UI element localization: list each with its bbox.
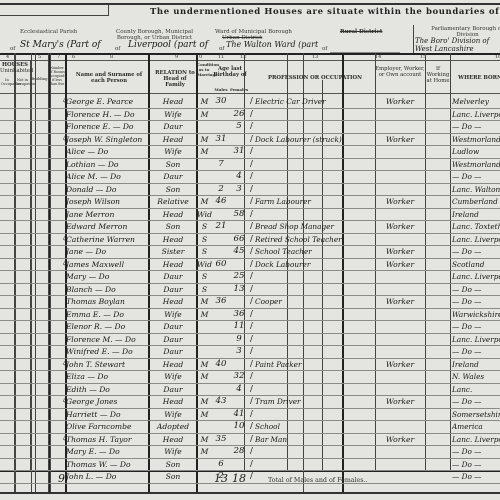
female-age: 5 — [230, 120, 248, 133]
birthplace: Lanc. Walton — [452, 183, 500, 196]
marital-condition: M — [197, 145, 212, 158]
marital-condition — [197, 458, 212, 471]
employment-status: Worker — [376, 245, 424, 258]
relation: Wife — [150, 445, 196, 458]
table-row: 4Catherine WarrenHeadS66Retired School T… — [0, 233, 500, 246]
employment-status — [376, 345, 424, 358]
birthplace: — Do — — [452, 170, 500, 183]
table-row: Alice M. — DoDaur4— Do —/ — [0, 170, 500, 183]
female-age — [230, 395, 248, 408]
relation: Head — [150, 295, 196, 308]
occupation — [255, 145, 373, 158]
occupation: Tram Driver — [255, 395, 373, 408]
employment-status: Worker — [376, 358, 424, 371]
table-row: Eliza — DoWifeM32N. Wales/ — [0, 370, 500, 383]
occupation — [255, 408, 373, 421]
occupation: Farm Labourer — [255, 195, 373, 208]
tick-mark: / — [250, 445, 255, 458]
employment-status — [376, 108, 424, 121]
working-home-heading: If Working at Home — [426, 66, 450, 84]
employment-status — [376, 370, 424, 383]
occupation-heading: PROFESSION OR OCCUPATION — [260, 75, 370, 81]
col-num-13: 13 — [312, 54, 318, 60]
person-name: Harriett — Do — [66, 408, 148, 421]
col-num-14: 14 — [375, 54, 381, 60]
marital-condition: S — [197, 220, 212, 233]
person-name: Thomas H. Tayor — [66, 433, 148, 446]
tick-mark: / — [250, 208, 255, 221]
male-age — [212, 270, 230, 283]
marital-condition — [197, 183, 212, 196]
marital-condition — [197, 333, 212, 346]
employment-status: Worker — [376, 433, 424, 446]
male-age — [212, 320, 230, 333]
person-name: George E. Pearce — [66, 95, 148, 108]
birthplace: Lanc. Liverpool — [452, 270, 500, 283]
relation: Son — [150, 470, 196, 483]
building-heading: Building — [31, 76, 48, 82]
male-age — [212, 383, 230, 396]
person-name: Eliza — Do — [66, 370, 148, 383]
male-age: 31 — [212, 133, 230, 146]
employment-status — [376, 383, 424, 396]
tick-mark: / — [250, 370, 255, 383]
occupation — [255, 383, 373, 396]
occupation: School — [255, 420, 373, 433]
person-name: Emma E. — Do — [66, 308, 148, 321]
male-age — [212, 333, 230, 346]
male-age: 30 — [212, 95, 230, 108]
employment-status — [376, 333, 424, 346]
female-age: 31 — [230, 145, 248, 158]
birthplace: — Do — — [452, 120, 500, 133]
person-name: Joseph Wilson — [66, 195, 148, 208]
tick-mark: / — [250, 333, 255, 346]
female-age: 45 — [230, 245, 248, 258]
male-age: 35 — [212, 433, 230, 446]
ward-prefix: of — [219, 46, 224, 52]
females-heading: Females — [230, 87, 248, 93]
condition-heading: Condition as to Marriage — [197, 62, 211, 77]
tick-mark: / — [250, 120, 255, 133]
marital-condition: M — [197, 358, 212, 371]
person-name: Jane — Do — [66, 245, 148, 258]
tick-mark: / — [250, 133, 255, 146]
col-num-4: 4 — [6, 54, 9, 60]
tick-mark: / — [250, 183, 255, 196]
marital-condition — [197, 420, 212, 433]
table-row: 4James MaxwellHeadWid60Dock LabourerWork… — [0, 258, 500, 271]
female-age — [230, 158, 248, 171]
tick-mark: / — [250, 395, 255, 408]
table-row: Harriett — DoWifeM41Somersetshire/ — [0, 408, 500, 421]
male-age: 2 — [212, 183, 230, 196]
person-name: Mary E. — Do — [66, 445, 148, 458]
employment-status — [376, 183, 424, 196]
person-name: Mary — Do — [66, 270, 148, 283]
relation: Daur — [150, 320, 196, 333]
birthplace: Lanc. Liverpool — [452, 108, 500, 121]
table-row: Joseph WilsonRelativeM46Farm LabourerWor… — [0, 195, 500, 208]
person-name: Thomas Boylan — [66, 295, 148, 308]
occupation: Bread Shop Manager — [255, 220, 373, 233]
person-name: Thomas W. — Do — [66, 458, 148, 471]
male-age — [212, 420, 230, 433]
female-age — [230, 95, 248, 108]
birthplace: — Do — — [452, 458, 500, 471]
ward-value: The Walton Ward (part — [226, 40, 318, 49]
marital-condition — [197, 345, 212, 358]
tick-mark: / — [250, 295, 255, 308]
male-age: 46 — [212, 195, 230, 208]
male-age — [212, 245, 230, 258]
marital-condition: M — [197, 95, 212, 108]
occupation: School Teacher — [255, 245, 373, 258]
relation: Wife — [150, 108, 196, 121]
person-name: Edith — Do — [66, 383, 148, 396]
table-row: Thomas W. — DoSon6— Do —/ — [0, 458, 500, 471]
person-name: Donald — Do — [66, 183, 148, 196]
female-age — [230, 358, 248, 371]
person-name: John T. Stewart — [66, 358, 148, 371]
tick-mark: / — [250, 320, 255, 333]
male-age: 43 — [212, 395, 230, 408]
table-row: Mary E. — DoWifeM28— Do —/ — [0, 445, 500, 458]
county-borough-value: Liverpool (part of — [128, 40, 208, 50]
marital-condition — [197, 120, 212, 133]
employment-status: Worker — [376, 258, 424, 271]
relation: Head — [150, 233, 196, 246]
person-name: Catherine Warren — [66, 233, 148, 246]
male-age — [212, 145, 230, 158]
male-age — [212, 208, 230, 221]
marital-condition: M — [197, 108, 212, 121]
marital-condition: M — [197, 295, 212, 308]
ecclesiastical-parish-value: St Mary's (Part of — [20, 40, 101, 50]
person-name: Edward Merron — [66, 220, 148, 233]
county-borough-prefix: of — [115, 46, 120, 52]
relation: Head — [150, 395, 196, 408]
relation: Head — [150, 258, 196, 271]
table-row: 4George E. PearceHeadM30Electric Car Dri… — [0, 95, 500, 108]
relation: Son — [150, 158, 196, 171]
male-age: 60 — [212, 258, 230, 271]
male-age — [212, 370, 230, 383]
table-row: John L. — DoSon2— Do —/ — [0, 470, 500, 483]
table-row: Emma E. — DoWifeM36Warwickshire/ — [0, 308, 500, 321]
occupation — [255, 158, 373, 171]
marital-condition — [197, 158, 212, 171]
bottom-rule — [0, 492, 500, 494]
male-age — [212, 283, 230, 296]
female-age: 25 — [230, 270, 248, 283]
birthplace: N. Wales — [452, 370, 500, 383]
birthplace: — Do — — [452, 295, 500, 308]
occupation — [255, 345, 373, 358]
female-age: 11 — [230, 320, 248, 333]
employment-status — [376, 170, 424, 183]
table-row: Blanch — DoDaurS13— Do —/ — [0, 283, 500, 296]
employment-status — [376, 270, 424, 283]
female-age — [230, 295, 248, 308]
female-age: 28 — [230, 445, 248, 458]
person-name: Alice — Do — [66, 145, 148, 158]
birthplace: — Do — — [452, 445, 500, 458]
occupation — [255, 308, 373, 321]
table-row: 4Joseph W. SingletonHeadM31Dock Labourer… — [0, 133, 500, 146]
table-row: Mary — DoDaurS25Lanc. Liverpool/ — [0, 270, 500, 283]
page-title: The undermentioned Houses are situate wi… — [150, 7, 500, 17]
relation: Head — [150, 133, 196, 146]
marital-condition: M — [197, 308, 212, 321]
occupation: Bar Man — [255, 433, 373, 446]
relation: Son — [150, 183, 196, 196]
tick-mark: / — [250, 220, 255, 233]
employment-status: Worker — [376, 133, 424, 146]
male-age — [212, 345, 230, 358]
col-num-10: 10 — [196, 54, 202, 60]
person-name: Olive Farncombe — [66, 420, 148, 433]
person-name: Alice M. — Do — [66, 170, 148, 183]
tick-mark: / — [250, 283, 255, 296]
male-age — [212, 445, 230, 458]
birthplace: Ludlow — [452, 145, 500, 158]
relation: Wife — [150, 145, 196, 158]
relation: Wife — [150, 308, 196, 321]
col-num-11: 11 — [218, 54, 224, 60]
in-occupation-heading: In Occupation — [1, 78, 13, 86]
employment-status — [376, 158, 424, 171]
table-row: Florence H. — DoWifeM26Lanc. Liverpool/ — [0, 108, 500, 121]
person-name: Jane Merron — [66, 208, 148, 221]
name-heading: Name and Surname of each Person — [70, 72, 148, 84]
occupation — [255, 170, 373, 183]
tick-mark: / — [250, 383, 255, 396]
tick-mark: / — [250, 408, 255, 421]
female-age — [230, 433, 248, 446]
relation: Daur — [150, 283, 196, 296]
birthplace: Westmorland — [452, 158, 500, 171]
tick-mark: / — [250, 308, 255, 321]
female-age: 9 — [230, 333, 248, 346]
marital-condition: M — [197, 133, 212, 146]
female-age — [230, 458, 248, 471]
occupation: Dock Labourer (struck) — [255, 133, 373, 146]
col-num-15: 15 — [420, 54, 426, 60]
employment-status — [376, 120, 424, 133]
occupation — [255, 183, 373, 196]
male-age: 7 — [212, 158, 230, 171]
female-age: 66 — [230, 233, 248, 246]
marital-condition: Wid — [197, 258, 212, 271]
relation-heading: RELATION to Head of Family — [155, 70, 195, 88]
person-name: John L. — Do — [66, 470, 148, 483]
birthplace: Ireland — [452, 208, 500, 221]
col-num-12: 12 — [240, 54, 246, 60]
table-row: 4George JonesHeadM43Tram DriverWorker— D… — [0, 395, 500, 408]
marital-condition: S — [197, 245, 212, 258]
employment-status — [376, 420, 424, 433]
occupation: Cooper — [255, 295, 373, 308]
relation: Sister — [150, 245, 196, 258]
birthplace: Cumberland — [452, 195, 500, 208]
tick-mark: / — [250, 258, 255, 271]
marital-condition: M — [197, 370, 212, 383]
marital-condition — [197, 320, 212, 333]
employment-status — [376, 445, 424, 458]
employment-status — [376, 408, 424, 421]
relation: Son — [150, 458, 196, 471]
marital-condition: M — [197, 408, 212, 421]
table-row: Edward MerronSonS21Bread Shop ManagerWor… — [0, 220, 500, 233]
relation: Adopted — [150, 420, 196, 433]
occupation — [255, 320, 373, 333]
marital-condition: M — [197, 395, 212, 408]
person-name: Joseph W. Singleton — [66, 133, 148, 146]
birthplace: Lanc. Liverpool — [452, 433, 500, 446]
female-age: 32 — [230, 370, 248, 383]
col-num-16: 16 — [495, 54, 500, 60]
occupation — [255, 370, 373, 383]
totals-label: Total of Males and of Females.. — [268, 477, 368, 484]
relation: Daur — [150, 333, 196, 346]
age-heading: Age last Birthday of — [212, 66, 248, 78]
person-name: Lothian — Do — [66, 158, 148, 171]
males-heading: Males — [212, 87, 230, 93]
col-num-7: 7 — [57, 54, 60, 60]
marital-condition — [197, 170, 212, 183]
male-age — [212, 408, 230, 421]
employer-heading: Employer, Worker, or Own account — [375, 66, 425, 78]
marital-condition: M — [197, 433, 212, 446]
person-name: Florence M. — Do — [66, 333, 148, 346]
rural-district-prefix: of — [322, 46, 327, 52]
female-age: 13 — [230, 283, 248, 296]
male-age — [212, 108, 230, 121]
table-row: Elenor R. — DoDaur11— Do —/ — [0, 320, 500, 333]
tick-mark: / — [250, 358, 255, 371]
tick-mark: / — [250, 470, 255, 483]
table-row: 4John T. StewartHeadM40Paint PackerWorke… — [0, 358, 500, 371]
tick-mark: / — [250, 420, 255, 433]
tick-mark: / — [250, 195, 255, 208]
relation: Son — [150, 220, 196, 233]
occupation — [255, 208, 373, 221]
tick-mark: / — [250, 108, 255, 121]
person-name: George Jones — [66, 395, 148, 408]
employment-status — [376, 145, 424, 158]
birthplace: Lanc. — [452, 383, 500, 396]
occupation — [255, 445, 373, 458]
table-row: Edith — DoDaur4Lanc./ — [0, 383, 500, 396]
occupation — [255, 283, 373, 296]
occupation — [255, 270, 373, 283]
tick-mark: / — [250, 145, 255, 158]
employment-status — [376, 458, 424, 471]
header-divider — [413, 25, 414, 55]
male-age: 21 — [212, 220, 230, 233]
relation: Head — [150, 208, 196, 221]
birthplace: Westmorland — [452, 133, 500, 146]
marital-condition: S — [197, 233, 212, 246]
rural-district-label: Rural District — [340, 29, 382, 35]
col-num-8: 8 — [110, 54, 113, 60]
col-num-9: 9 — [175, 54, 178, 60]
ecclesiastical-parish-prefix: of — [10, 46, 15, 52]
relation: Wife — [150, 370, 196, 383]
male-age: 36 — [212, 295, 230, 308]
table-row: Jane MerronHeadWid58Ireland/ — [0, 208, 500, 221]
marital-condition: M — [197, 195, 212, 208]
employment-status — [376, 283, 424, 296]
tick-mark: / — [250, 345, 255, 358]
birthplace: Melverley — [452, 95, 500, 108]
rooms-heading: Number of Rooms occupied if less than fi… — [49, 66, 65, 86]
tick-mark: / — [250, 95, 255, 108]
relation: Head — [150, 95, 196, 108]
female-age: 4 — [230, 383, 248, 396]
birthplace: — Do — — [452, 245, 500, 258]
tick-mark: / — [250, 158, 255, 171]
birthplace: — Do — — [452, 470, 500, 483]
occupation — [255, 333, 373, 346]
person-name: Blanch — Do — [66, 283, 148, 296]
houses-total: 9 — [58, 472, 65, 485]
relation: Head — [150, 433, 196, 446]
tick-mark: / — [250, 458, 255, 471]
birthplace: Ireland — [452, 358, 500, 371]
col-num-5: 5 — [38, 54, 41, 60]
ecclesiastical-parish-label: Ecclesiastical Parish — [20, 29, 77, 35]
female-age: 3 — [230, 345, 248, 358]
table-row: Olive FarncombeAdopted10SchoolAmerica/ — [0, 420, 500, 433]
female-age — [230, 195, 248, 208]
marital-condition: S — [197, 270, 212, 283]
table-row: Thomas BoylanHeadM36CooperWorker— Do —/ — [0, 295, 500, 308]
table-row: Jane — DoSisterS45School TeacherWorker— … — [0, 245, 500, 258]
occupation: Retired School Teacher — [255, 233, 373, 246]
occupation: Dock Labourer — [255, 258, 373, 271]
census-page: The undermentioned Houses are situate wi… — [0, 0, 500, 500]
marital-condition: M — [197, 445, 212, 458]
marital-condition — [197, 383, 212, 396]
person-name: Winifred E. — Do — [66, 345, 148, 358]
employment-status — [376, 308, 424, 321]
table-row: Alice — DoWifeM31Ludlow/ — [0, 145, 500, 158]
female-age — [230, 258, 248, 271]
female-age — [230, 133, 248, 146]
top-left-box — [0, 5, 109, 16]
person-name: Elenor R. — Do — [66, 320, 148, 333]
uninhabited-heading: Uninhabited — [0, 68, 30, 74]
birthplace-heading: WHERE BORN — [455, 75, 500, 81]
relation: Daur — [150, 170, 196, 183]
employment-status: Worker — [376, 220, 424, 233]
parliamentary-borough-value: The Boro' Division of West Lancashire — [415, 37, 500, 53]
male-age — [212, 308, 230, 321]
birthplace: — Do — — [452, 283, 500, 296]
table-row: Florence E. — DoDaur5— Do —/ — [0, 120, 500, 133]
relation: Relative — [150, 195, 196, 208]
employment-status — [376, 208, 424, 221]
marital-condition — [197, 470, 212, 483]
person-name: Florence E. — Do — [66, 120, 148, 133]
occupation — [255, 458, 373, 471]
tick-mark: / — [250, 433, 255, 446]
employment-status: Worker — [376, 395, 424, 408]
female-age: 4 — [230, 170, 248, 183]
employment-status — [376, 233, 424, 246]
